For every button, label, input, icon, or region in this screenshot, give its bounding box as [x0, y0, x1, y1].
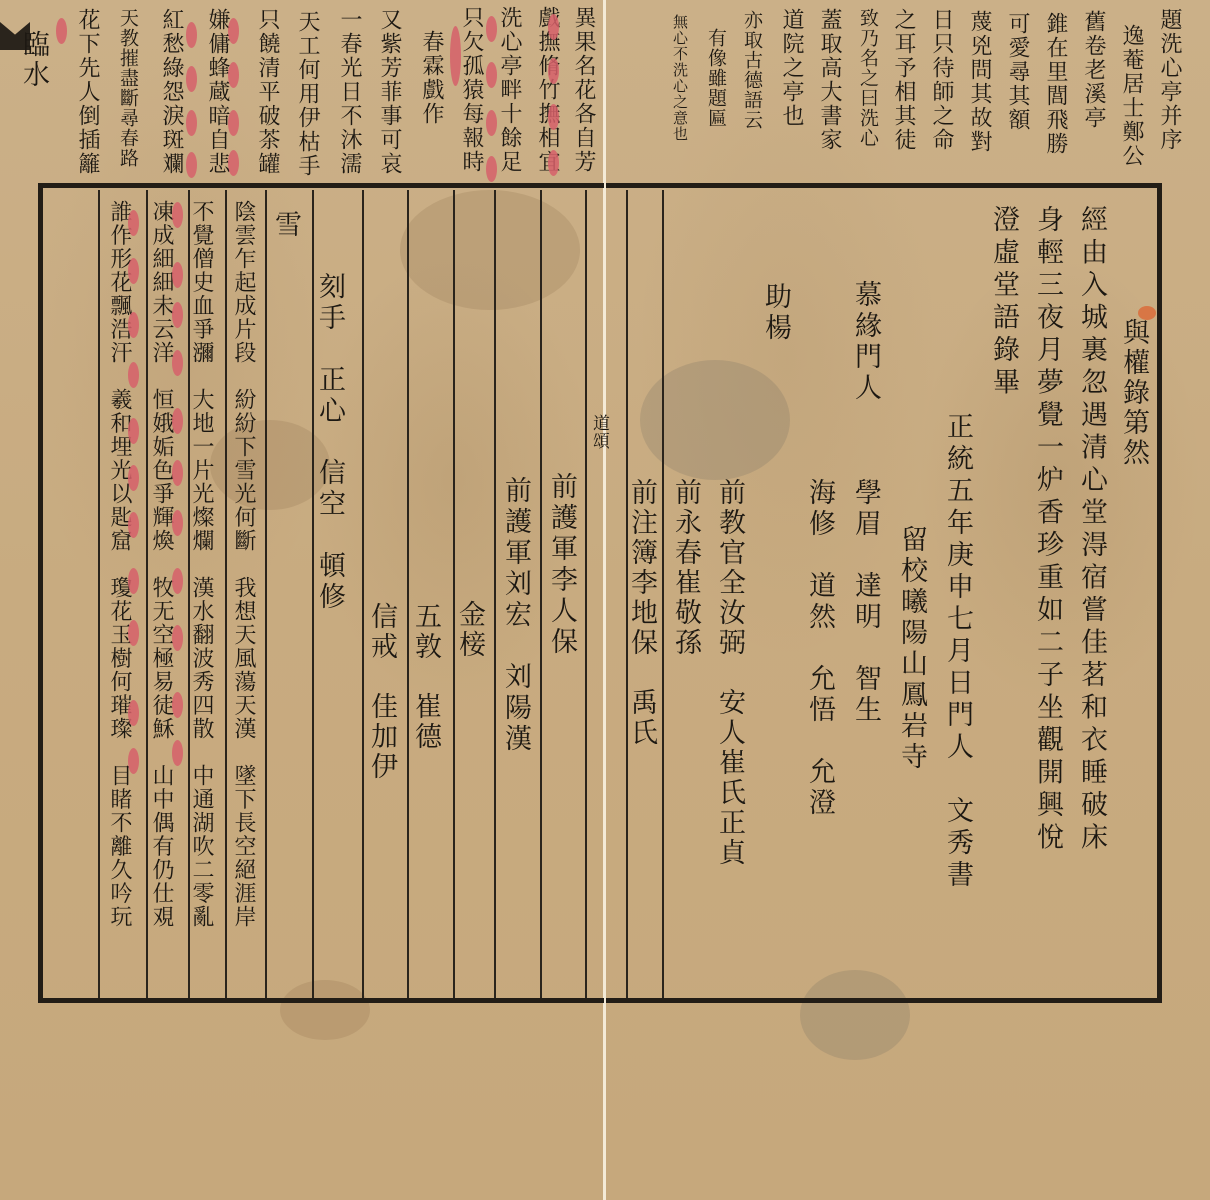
red-punctuation-mark	[228, 62, 239, 88]
snow-poem-line: 誰作形花飄浩汗 羲和埋光以匙窟 瓊花玉樹何璀璨 目睹不離久吟玩	[108, 200, 130, 929]
red-punctuation-mark	[56, 18, 67, 44]
red-punctuation-mark	[172, 408, 183, 434]
preface-line: 蔑兇問其故對	[968, 10, 990, 154]
column-rule	[98, 190, 100, 998]
center-page-label: 道頌	[587, 414, 612, 450]
red-punctuation-mark	[172, 350, 183, 376]
donor-line: 前護軍刘宏 刘陽漢	[502, 476, 529, 755]
red-punctuation-mark	[486, 156, 497, 182]
temple-line: 留校曦陽山鳳岩寺	[898, 525, 925, 773]
red-punctuation-mark	[128, 700, 139, 726]
red-punctuation-mark	[128, 748, 139, 774]
snow-poem-line: 凍成細細未云洋 恒娥姤色爭輝煥 牧无空極易徒穌 山中偶有仍仕覌	[150, 200, 172, 929]
support-heading: 助楊	[762, 282, 789, 344]
red-punctuation-mark	[228, 18, 239, 44]
red-punctuation-mark	[548, 58, 559, 84]
poem-title-snow: 雪	[272, 210, 299, 240]
poem-line: 只欠孤猿每報時	[460, 6, 482, 174]
column-rule	[662, 190, 664, 998]
preface-line: 日只待師之命	[930, 8, 952, 152]
red-punctuation-mark	[128, 568, 139, 594]
preface-line: 逸菴居士鄭公	[1120, 24, 1142, 168]
preface-line: 亦取古德語云	[742, 10, 761, 130]
red-punctuation-mark	[548, 14, 559, 40]
poem-line: 只饒清平破茶罐	[256, 8, 278, 176]
red-punctuation-mark	[548, 104, 559, 130]
poem-line: 嫌傭蜂蔵暗自悲	[206, 8, 228, 176]
red-punctuation-mark	[228, 110, 239, 136]
column-rule	[453, 190, 455, 998]
column-rule	[585, 190, 587, 998]
red-punctuation-mark	[172, 568, 183, 594]
red-punctuation-mark	[172, 460, 183, 486]
preface-line: 無心不洗心之意也	[672, 14, 687, 142]
disciple-names: 海修 道然 允悟 允澄	[806, 478, 833, 819]
red-punctuation-mark	[172, 302, 183, 328]
body-line-heading: 與權錄第然	[1120, 318, 1147, 468]
red-punctuation-mark	[172, 692, 183, 718]
column-rule	[265, 190, 267, 998]
red-punctuation-mark	[172, 625, 183, 651]
donor-line: 信戒 佳加伊	[368, 602, 395, 782]
snow-poem-line: 不覺僧史血爭瀰 大地一片光燦爛 漢水翻波秀四散 中通湖吹二零亂	[190, 200, 212, 929]
poem-line: 花下先人倒插籬	[76, 8, 98, 176]
red-punctuation-mark	[186, 66, 197, 92]
poem-line: 異果名花各自芳	[572, 6, 594, 174]
snow-poem-line: 陰雲乍起成片段 紛紛下雪光何斷 我想天風蕩天漢 墜下長空絕涯岸	[232, 200, 254, 929]
poem-line: 天工何用伊枯手	[296, 10, 318, 178]
poem-line: 臨水	[20, 30, 47, 90]
red-punctuation-mark	[128, 312, 139, 338]
red-punctuation-mark	[548, 150, 559, 176]
preface-line: 舊卷老溪亭	[1082, 10, 1104, 130]
column-rule	[407, 190, 409, 998]
red-punctuation-mark	[128, 258, 139, 284]
red-punctuation-mark	[228, 150, 239, 176]
red-punctuation-mark	[172, 740, 183, 766]
red-punctuation-mark	[486, 110, 497, 136]
preface-line: 道院之亭也	[780, 8, 802, 128]
red-punctuation-mark	[128, 465, 139, 491]
preface-line: 致乃名之曰洗心	[858, 8, 877, 148]
preface-line: 蓋取高大書家	[818, 8, 840, 152]
red-punctuation-mark	[128, 210, 139, 236]
body-line: 身輕三夜月夢覺一炉香珍重如二子坐觀開興悅	[1034, 205, 1061, 855]
red-punctuation-mark	[172, 510, 183, 536]
poem-line: 紅愁綠怨淚斑斕	[160, 8, 182, 176]
preface-line: 錐在里閭飛勝	[1044, 12, 1066, 156]
body-line: 經由入城裏忽遇清心堂淂宿嘗佳茗和衣睡破床	[1078, 205, 1105, 855]
column-rule	[494, 190, 496, 998]
poem-line: 一春光日不沐濡	[338, 8, 360, 176]
donor-line: 前永春崔敬孫	[672, 478, 699, 658]
donor-line: 五敦 崔德	[412, 602, 439, 752]
column-rule	[540, 190, 542, 998]
red-punctuation-mark	[172, 262, 183, 288]
preface-line: 可愛尋其額	[1006, 12, 1028, 132]
donor-line: 前教官全汝弼 安人崔氏正貞	[716, 478, 743, 868]
carver-line: 刻手 正心 信空 頓修	[316, 272, 343, 613]
red-punctuation-mark	[186, 152, 197, 178]
donor-line: 前護軍李人保	[548, 472, 575, 658]
red-punctuation-mark	[128, 620, 139, 646]
column-rule	[225, 190, 227, 998]
poem-title: 春霖戲作	[420, 30, 442, 126]
donor-heading: 慕緣門人	[852, 280, 879, 404]
red-punctuation-mark	[186, 22, 197, 48]
preface-line: 有像雖題匾	[706, 28, 725, 128]
date-line: 正統五年庚申七月日門人 文秀書	[944, 412, 971, 892]
red-punctuation-mark	[172, 202, 183, 228]
disciple-names: 學眉 達明 智生	[852, 478, 879, 726]
column-rule	[362, 190, 364, 998]
red-punctuation-mark	[486, 62, 497, 88]
column-rule	[146, 190, 148, 998]
poem-line: 洗心亭畔十餘足	[498, 6, 520, 174]
donor-line: 前注簿李地保 禹氏	[628, 478, 655, 748]
red-punctuation-mark	[128, 512, 139, 538]
preface-title: 題洗心亭并序	[1158, 8, 1180, 152]
red-punctuation-mark	[186, 110, 197, 136]
donor-line: 金椄	[456, 600, 483, 660]
red-punctuation-mark	[450, 26, 461, 86]
red-punctuation-mark	[128, 362, 139, 388]
preface-line: 之耳予相其徒	[892, 8, 914, 152]
red-punctuation-mark	[486, 16, 497, 42]
poem-line: 天教摧盡斷尋春路	[118, 8, 137, 168]
body-line: 澄虛堂語錄畢	[990, 205, 1017, 400]
red-punctuation-mark	[128, 418, 139, 444]
poem-line: 又紫芳菲事可哀	[378, 8, 400, 176]
